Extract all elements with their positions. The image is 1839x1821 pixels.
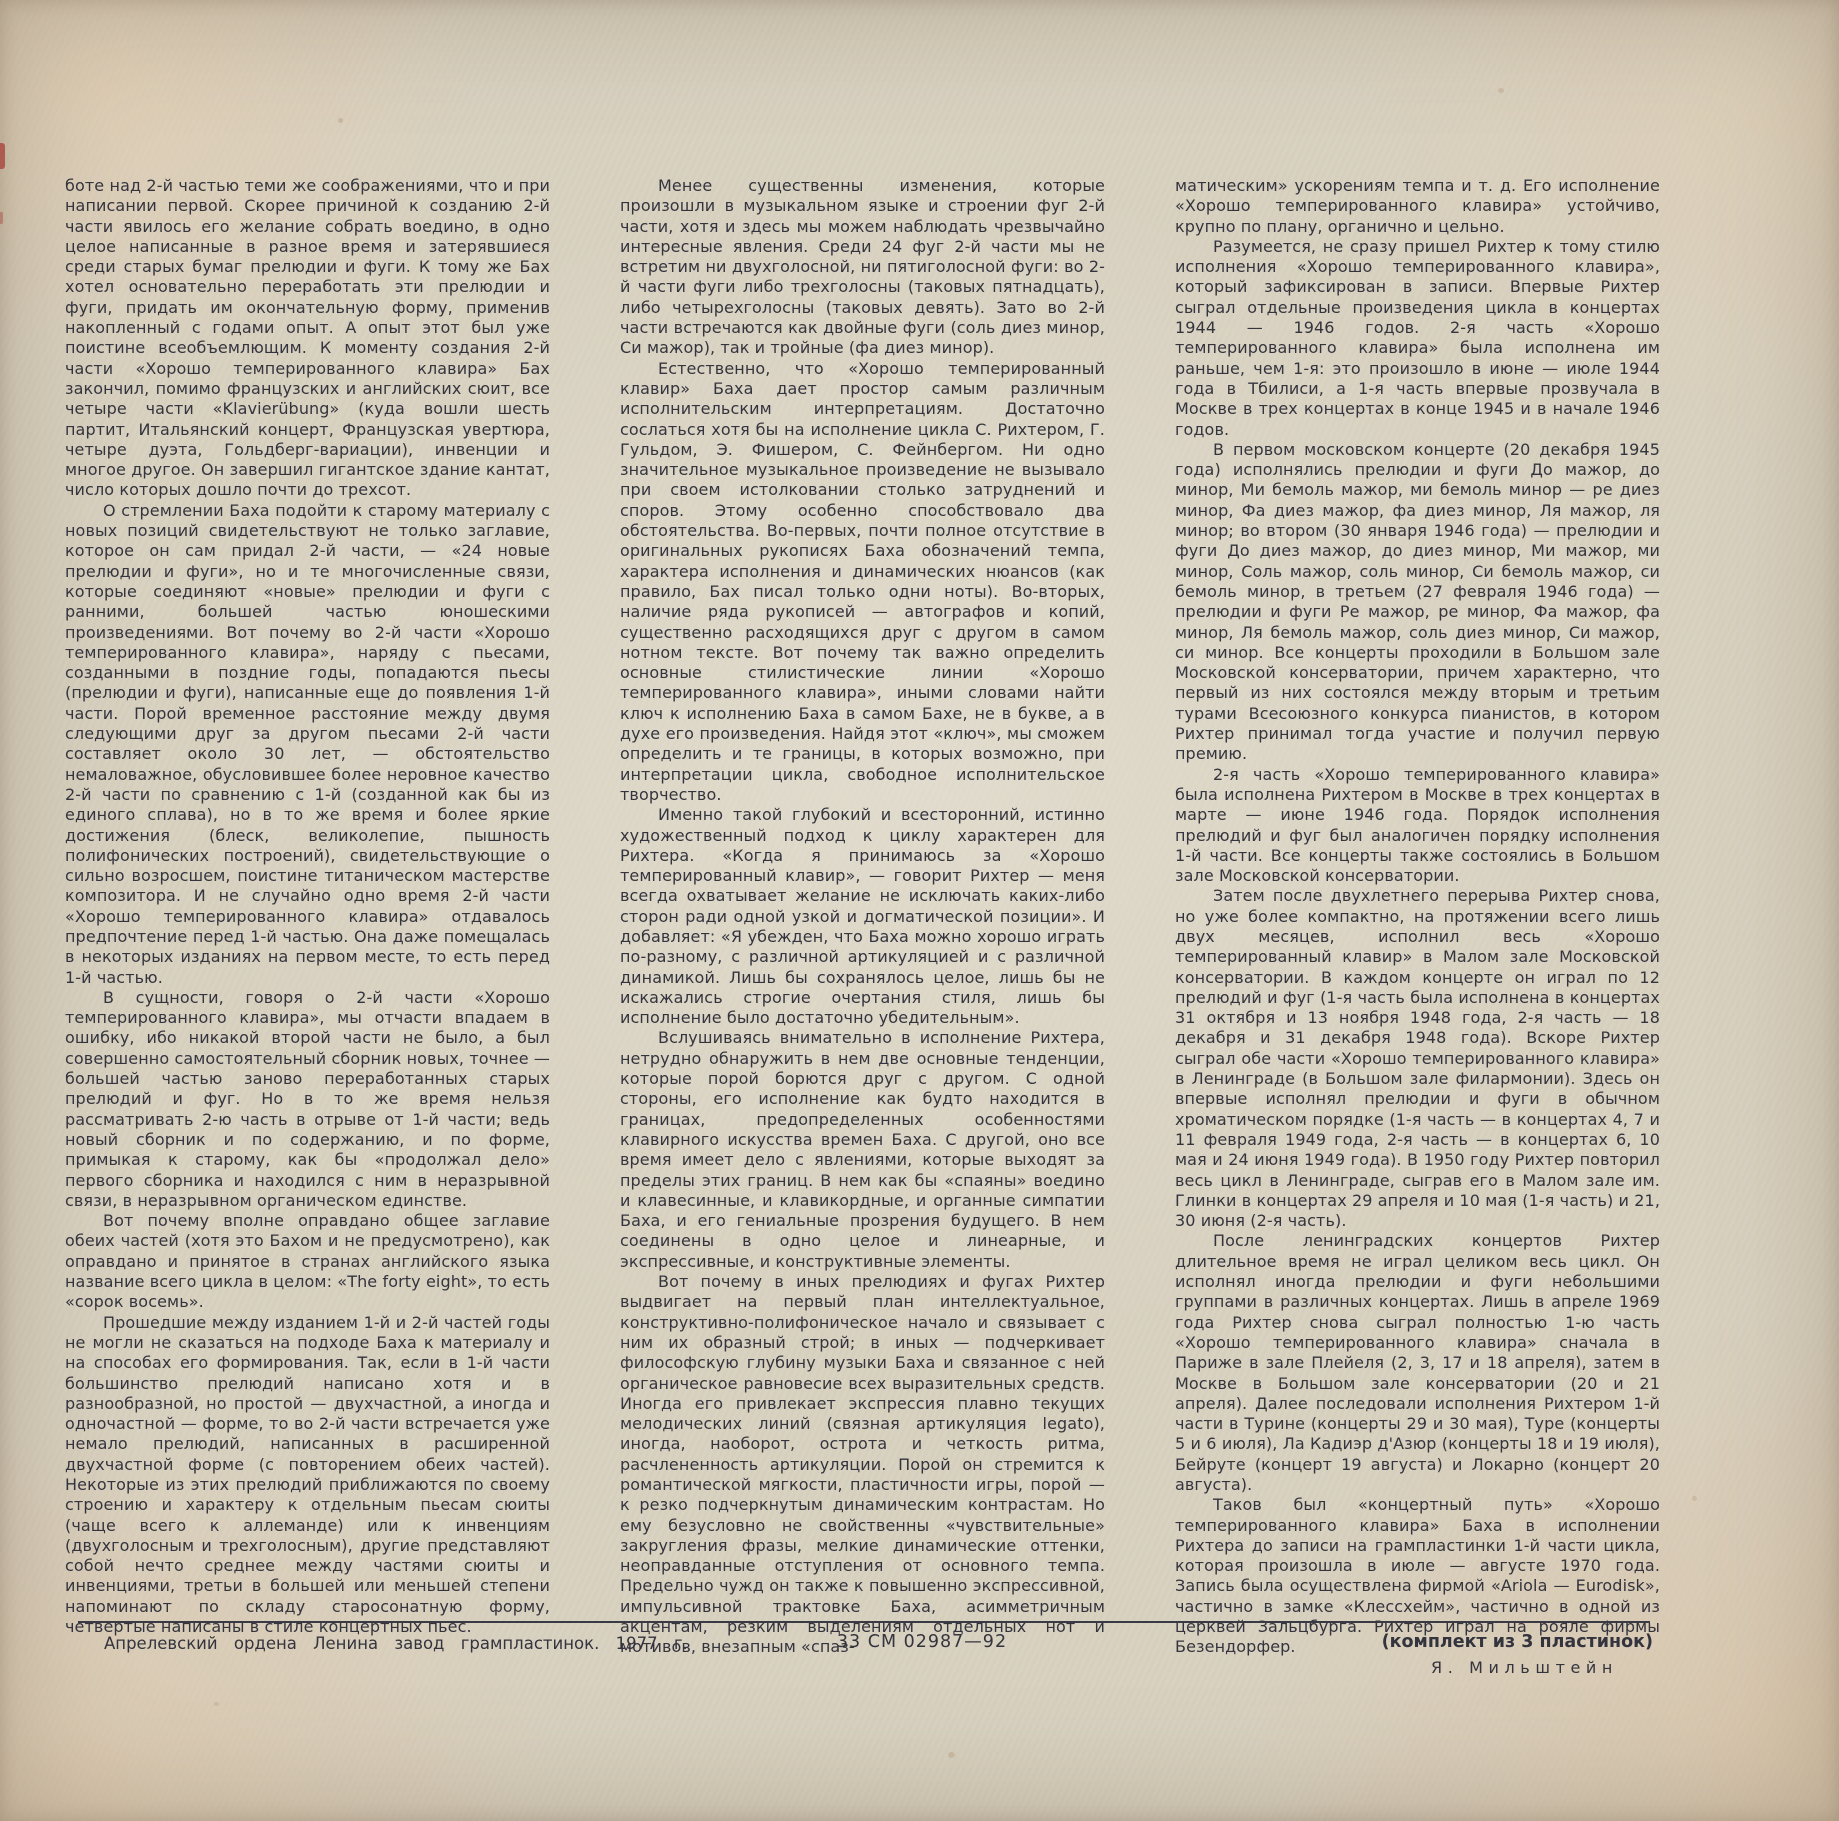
footer-catalog-number: 33 СМ 02987—92 <box>772 1632 1072 1652</box>
paragraph: Вот почему вполне оправдано общее заглав… <box>65 1211 550 1312</box>
text-column-1: боте над 2-й частью теми же соображениям… <box>65 176 550 1678</box>
paragraph: О стремлении Баха подойти к старому мате… <box>65 501 550 988</box>
paragraph: Прошедшие между изданием 1-й и 2-й часте… <box>65 1313 550 1638</box>
paragraph: 2-я часть «Хорошо темперированного клави… <box>1175 765 1660 887</box>
paper-speck <box>1692 1496 1697 1501</box>
paragraph: Вслушиваясь внимательно в исполнение Рих… <box>620 1028 1105 1272</box>
paragraph: матическим» ускорениям темпа и т. д. Его… <box>1175 176 1660 237</box>
paragraph: Естественно, что «Хорошо темперированный… <box>620 359 1105 806</box>
paragraph: Разумеется, не сразу пришел Рихтер к том… <box>1175 237 1660 440</box>
paper-speck <box>948 1752 955 1758</box>
text-column-2: Менее существенны изменения, которые про… <box>620 176 1105 1678</box>
paragraph: После ленинградских концертов Рихтер дли… <box>1175 1231 1660 1495</box>
paragraph: Именно такой глубокий и всесторонний, ис… <box>620 805 1105 1028</box>
text-column-3: матическим» ускорениям темпа и т. д. Его… <box>1175 176 1660 1678</box>
paragraph: Вот почему в иных прелюдиях и фугах Рихт… <box>620 1272 1105 1658</box>
paragraph: В сущности, говоря о 2-й части «Хорошо т… <box>65 988 550 1211</box>
red-ink-mark <box>0 143 5 169</box>
paper-speck <box>214 1702 219 1706</box>
liner-notes: боте над 2-й частью теми же соображениям… <box>65 176 1661 1678</box>
paragraph: боте над 2-й частью теми же соображениям… <box>65 176 550 501</box>
paper-speck <box>338 118 343 123</box>
footer-plant-imprint: Апрелевский ордена Ленина завод грамплас… <box>104 1634 688 1653</box>
paper-speck <box>1498 88 1504 93</box>
author-signature: Я. Мильштейн <box>1175 1658 1660 1678</box>
record-sleeve-back: боте над 2-й частью теми же соображениям… <box>0 0 1839 1821</box>
paragraph: Затем после двухлетнего перерыва Рихтер … <box>1175 886 1660 1231</box>
red-ink-mark <box>0 212 3 224</box>
paragraph: В первом московском концерте (20 декабря… <box>1175 440 1660 765</box>
paragraph: Менее существенны изменения, которые про… <box>620 176 1105 359</box>
footer-divider-rule <box>78 1621 1650 1623</box>
footer-set-note: (комплект из 3 пластинок) <box>1382 1632 1653 1652</box>
